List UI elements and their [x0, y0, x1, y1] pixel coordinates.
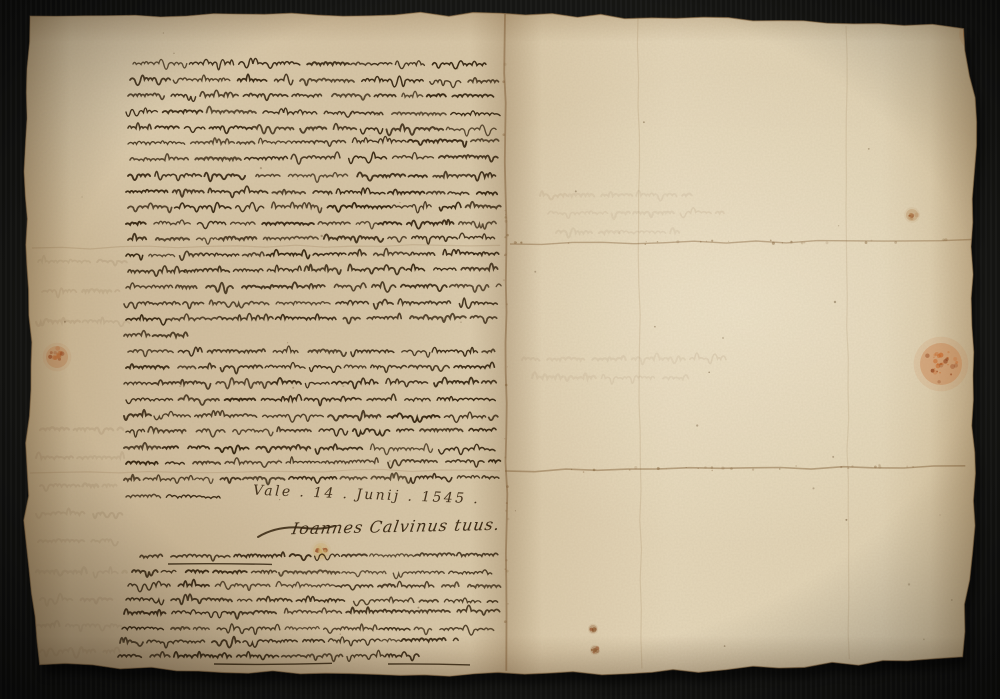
foxing-speck — [939, 514, 940, 515]
foxing-speck — [908, 583, 910, 585]
foxing-speck — [179, 385, 181, 387]
foxing-speck — [722, 337, 724, 339]
foxing-speck — [575, 190, 577, 192]
foxing-speck — [724, 645, 726, 647]
manuscript-paper-art — [0, 0, 1000, 699]
foxing-speck — [838, 225, 839, 226]
stain-rust-spot-left-margin — [43, 343, 72, 372]
foxing-speck — [369, 135, 370, 136]
foxing-speck — [417, 607, 419, 609]
handwriting-line — [469, 428, 496, 431]
manuscript-letter-photograph: Vale . 14 . Junij . 1545 . Ioannes Calvi… — [0, 0, 1000, 699]
foxing-speck — [173, 53, 175, 55]
foxing-speck — [951, 599, 953, 601]
stain-small-spot — [588, 624, 598, 634]
foxing-speck — [515, 510, 516, 511]
foxing-speck — [389, 460, 391, 462]
foxing-speck — [81, 196, 82, 197]
foxing-speck — [292, 387, 294, 389]
foxing-speck — [923, 639, 925, 641]
foxing-speck — [832, 456, 834, 458]
foxing-speck — [834, 301, 836, 303]
handwriting-underline — [168, 564, 272, 565]
foxing-speck — [342, 385, 344, 387]
stain-wax-seal-residue — [914, 337, 969, 392]
foxing-speck — [321, 235, 323, 237]
foxing-speck — [696, 424, 698, 426]
foxing-speck — [297, 179, 298, 180]
foxing-speck — [287, 342, 288, 343]
foxing-speck — [868, 148, 870, 150]
showthrough-line — [38, 539, 84, 542]
foxing-speck — [460, 321, 461, 322]
foxing-speck — [340, 633, 341, 634]
foxing-speck — [643, 121, 645, 123]
stain-small-spot — [590, 645, 600, 655]
stain-faint-blotch — [311, 541, 332, 562]
foxing-speck — [534, 271, 536, 273]
foxing-speck — [654, 326, 656, 328]
foxing-speck — [708, 371, 710, 373]
stain-faint-spot — [904, 207, 920, 223]
foxing-speck — [812, 487, 814, 489]
handwriting-postscript-line — [213, 571, 247, 574]
foxing-speck — [399, 202, 400, 203]
showthrough-line — [568, 194, 594, 197]
foxing-speck — [260, 167, 262, 169]
foxing-speck — [163, 32, 164, 33]
foxing-speck — [845, 519, 847, 521]
foxing-speck — [278, 459, 279, 460]
